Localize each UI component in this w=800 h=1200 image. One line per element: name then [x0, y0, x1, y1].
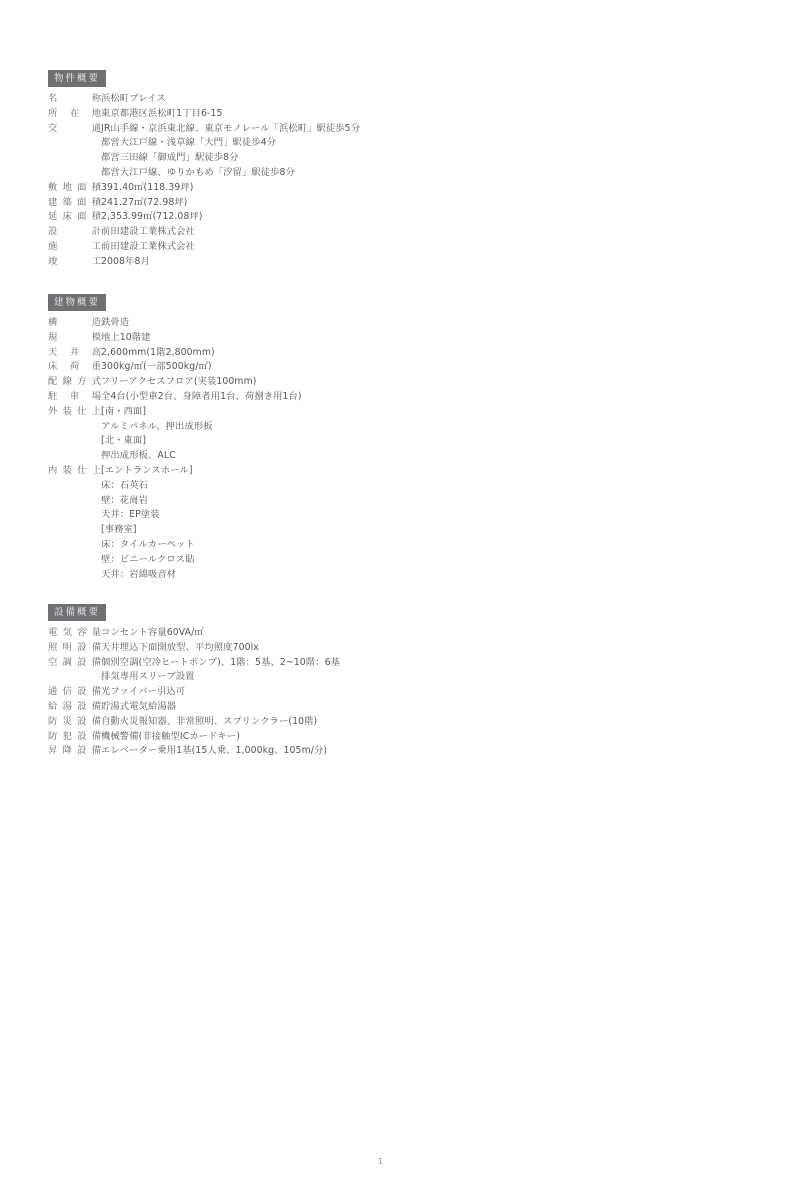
spec-value: 300kg/㎡(一部500kg/㎡) — [101, 360, 212, 375]
spec-row: 給湯設備貯湯式電気給湯器 — [48, 700, 340, 715]
spec-label: 規模 — [48, 331, 101, 346]
section-title: 物件概要 — [48, 70, 106, 87]
spec-row: 規模地上10階建 — [48, 331, 302, 346]
spec-label-char: 所 — [48, 107, 57, 122]
spec-label-char: 昇 — [48, 744, 57, 759]
spec-label-char: 災 — [63, 715, 72, 730]
spec-label-char: 明 — [63, 641, 72, 656]
spec-label: 配線方式 — [48, 375, 101, 390]
spec-value: 地上10階建 — [101, 331, 151, 346]
spec-row: 昇降設備エレベーター乗用1基(15人乗、1,000kg、105m/分) — [48, 744, 340, 759]
spec-value: 前田建設工業株式会社 — [101, 225, 195, 240]
spec-row: [北・東面] — [48, 434, 302, 449]
spec-label-char: 車 — [70, 390, 79, 405]
spec-value: 天井：EP塗装 — [101, 508, 160, 523]
spec-label-char: 仕 — [77, 405, 86, 420]
spec-label: 昇降設備 — [48, 744, 101, 759]
spec-label-char: 信 — [63, 685, 72, 700]
spec-label-char: 荷 — [70, 360, 79, 375]
spec-label — [48, 523, 101, 538]
spec-label-char: 仕 — [77, 464, 86, 479]
spec-label-char: 積 — [92, 196, 101, 211]
section-title: 設備概要 — [48, 604, 106, 621]
spec-label-char: 模 — [92, 331, 101, 346]
spec-row: 排気専用スリーブ設置 — [48, 670, 340, 685]
spec-row: 通信設備光ファイバー引込可 — [48, 685, 340, 700]
spec-row: 床：石英石 — [48, 479, 302, 494]
section-building-overview: 建物概要構造鉄骨造規模地上10階建天井高2,600mm(1階2,800mm)床荷… — [48, 290, 302, 582]
spec-value: 391.40㎡(118.39坪) — [101, 181, 194, 196]
spec-label-char: 備 — [92, 656, 101, 671]
spec-value: コンセント容量60VA/㎡ — [101, 626, 204, 641]
spec-label-char: 設 — [48, 225, 57, 240]
spec-value: 機械警備(非接触型ICカードキー) — [101, 730, 240, 745]
spec-label-char: 交 — [48, 122, 57, 137]
spec-row: 構造鉄骨造 — [48, 316, 302, 331]
spec-label-char: 設 — [77, 730, 86, 745]
spec-label — [48, 434, 101, 449]
spec-row: 外装仕上[南・西面] — [48, 405, 302, 420]
spec-label — [48, 508, 101, 523]
spec-label-char: 通 — [48, 685, 57, 700]
spec-label-char: 装 — [63, 464, 72, 479]
spec-label-char: 給 — [48, 700, 57, 715]
spec-label-char: 設 — [77, 641, 86, 656]
spec-value: 都営三田線「御成門」駅徒歩8分 — [101, 151, 239, 166]
spec-label: 床荷重 — [48, 360, 101, 375]
spec-row: 敷地面積391.40㎡(118.39坪) — [48, 181, 360, 196]
spec-label-char: 工 — [92, 240, 101, 255]
spec-label-char: 線 — [63, 375, 72, 390]
spec-label-char: 駐 — [48, 390, 57, 405]
spec-label-char: 備 — [92, 744, 101, 759]
spec-label-char: 電 — [48, 626, 57, 641]
spec-label-char: 施 — [48, 240, 57, 255]
spec-label-char: 規 — [48, 331, 57, 346]
spec-label-char: 照 — [48, 641, 57, 656]
spec-row: 天井高2,600mm(1階2,800mm) — [48, 346, 302, 361]
spec-label-char: 築 — [63, 196, 72, 211]
spec-row: 名称浜松町プレイス — [48, 92, 360, 107]
spec-label-char: 面 — [77, 196, 86, 211]
spec-label: 設計 — [48, 225, 101, 240]
spec-label-char: 延 — [48, 210, 57, 225]
spec-label-char: 備 — [92, 700, 101, 715]
spec-value: [エントランスホール] — [101, 464, 193, 479]
spec-label: 竣工 — [48, 255, 101, 270]
spec-row: 防犯設備機械警備(非接触型ICカードキー) — [48, 730, 340, 745]
spec-label-char: 降 — [63, 744, 72, 759]
spec-value: [北・東面] — [101, 434, 146, 449]
spec-label-char: 気 — [63, 626, 72, 641]
page-number: 1 — [378, 1157, 383, 1166]
spec-label-char: 設 — [77, 744, 86, 759]
spec-row: 防災設備自動火災報知器、非常照明、スプリンクラー(10階) — [48, 715, 340, 730]
spec-label-char: 設 — [77, 685, 86, 700]
spec-label-char: 場 — [92, 390, 101, 405]
spec-label — [48, 670, 101, 685]
spec-label-char: 備 — [92, 730, 101, 745]
spec-label — [48, 151, 101, 166]
spec-value: 壁：花崗岩 — [101, 494, 148, 509]
spec-row: 床荷重300kg/㎡(一部500kg/㎡) — [48, 360, 302, 375]
spec-label: 給湯設備 — [48, 700, 101, 715]
spec-label-char: 造 — [92, 316, 101, 331]
spec-row: 延床面積2,353.99㎡(712.08坪) — [48, 210, 360, 225]
spec-label-char: 建 — [48, 196, 57, 211]
spec-label: 延床面積 — [48, 210, 101, 225]
spec-value: アルミパネル、押出成形板 — [101, 420, 213, 435]
spec-label — [48, 553, 101, 568]
section-equipment-overview: 設備概要電気容量コンセント容量60VA/㎡照明設備天井埋込下面開放型、平均照度7… — [48, 600, 340, 759]
section-title: 建物概要 — [48, 294, 106, 311]
spec-value: 壁：ビニールクロス貼 — [101, 553, 195, 568]
spec-row: 照明設備天井埋込下面開放型、平均照度700lx — [48, 641, 340, 656]
spec-label-char: 称 — [92, 92, 101, 107]
spec-label-char: 外 — [48, 405, 57, 420]
spec-label: 施工 — [48, 240, 101, 255]
spec-label-char: 空 — [48, 656, 57, 671]
spec-label-char: 在 — [70, 107, 79, 122]
spec-label: 構造 — [48, 316, 101, 331]
spec-value: 2,600mm(1階2,800mm) — [101, 346, 215, 361]
spec-label-char: 構 — [48, 316, 57, 331]
spec-label — [48, 449, 101, 464]
spec-row: [事務室] — [48, 523, 302, 538]
spec-label-char: 犯 — [63, 730, 72, 745]
spec-label-char: 方 — [77, 375, 86, 390]
spec-value: 床：石英石 — [101, 479, 148, 494]
spec-value: 前田建設工業株式会社 — [101, 240, 195, 255]
spec-label-char: 上 — [92, 464, 101, 479]
spec-label-char: 容 — [77, 626, 86, 641]
spec-label-char: 面 — [77, 181, 86, 196]
spec-label — [48, 166, 101, 181]
spec-label: 防犯設備 — [48, 730, 101, 745]
spec-row: 所在地東京都港区浜松町1丁目6-15 — [48, 107, 360, 122]
spec-row: 竣工2008年8月 — [48, 255, 360, 270]
spec-label-char: 備 — [92, 715, 101, 730]
spec-row: 電気容量コンセント容量60VA/㎡ — [48, 626, 340, 641]
spec-label-char: 床 — [63, 210, 72, 225]
spec-label: 照明設備 — [48, 641, 101, 656]
spec-row: 都営大江戸線・浅草線「大門」駅徒歩4分 — [48, 136, 360, 151]
spec-label-char: 量 — [92, 626, 101, 641]
spec-label-char: 面 — [77, 210, 86, 225]
spec-label-char: 備 — [92, 685, 101, 700]
spec-value: 床：タイルカーペット — [101, 538, 195, 553]
spec-value: [事務室] — [101, 523, 137, 538]
spec-value: 天井：岩綿吸音材 — [101, 568, 176, 583]
spec-label-char: 設 — [77, 700, 86, 715]
spec-label: 内装仕上 — [48, 464, 101, 479]
spec-label-char: 工 — [92, 255, 101, 270]
spec-value: 都営大江戸線、ゆりかもめ「汐留」駅徒歩8分 — [101, 166, 295, 181]
spec-label-char: 備 — [92, 641, 101, 656]
spec-label-char: 積 — [92, 210, 101, 225]
spec-label-char: 配 — [48, 375, 57, 390]
spec-label: 敷地面積 — [48, 181, 101, 196]
spec-label-char: 設 — [77, 715, 86, 730]
spec-row: 都営三田線「御成門」駅徒歩8分 — [48, 151, 360, 166]
spec-label: 防災設備 — [48, 715, 101, 730]
spec-label: 空調設備 — [48, 656, 101, 671]
spec-value: 全4台(小型車2台、身障者用1台、荷捌き用1台) — [101, 390, 302, 405]
spec-label-char: 名 — [48, 92, 57, 107]
spec-label-char: 重 — [92, 360, 101, 375]
spec-label-char: 湯 — [63, 700, 72, 715]
spec-value: 個別空調(空冷ヒートポンプ)、1階：5基、2~10階：6基 — [101, 656, 340, 671]
spec-row: 床：タイルカーペット — [48, 538, 302, 553]
spec-row: 天井：岩綿吸音材 — [48, 568, 302, 583]
spec-label-char: 内 — [48, 464, 57, 479]
spec-value: 自動火災報知器、非常照明、スプリンクラー(10階) — [101, 715, 317, 730]
spec-row: 交通JR山手線・京浜東北線、東京モノレール「浜松町」駅徒歩5分 — [48, 122, 360, 137]
spec-value: 光ファイバー引込可 — [101, 685, 185, 700]
spec-value: エレベーター乗用1基(15人乗、1,000kg、105m/分) — [101, 744, 327, 759]
spec-label-char: 防 — [48, 730, 57, 745]
spec-row: 天井：EP塗装 — [48, 508, 302, 523]
spec-value: フリーアクセスフロア(実装100mm) — [101, 375, 256, 390]
spec-label: 所在地 — [48, 107, 101, 122]
spec-row: 駐車場全4台(小型車2台、身障者用1台、荷捌き用1台) — [48, 390, 302, 405]
spec-value: 押出成形板、ALC — [101, 449, 176, 464]
spec-row: 空調設備個別空調(空冷ヒートポンプ)、1階：5基、2~10階：6基 — [48, 656, 340, 671]
spec-value: 浜松町プレイス — [101, 92, 166, 107]
spec-label-char: 高 — [92, 346, 101, 361]
spec-label: 天井高 — [48, 346, 101, 361]
spec-label-char: 装 — [63, 405, 72, 420]
spec-label-char: 地 — [63, 181, 72, 196]
spec-label: 建築面積 — [48, 196, 101, 211]
spec-label: 電気容量 — [48, 626, 101, 641]
spec-value: 241.27㎡(72.98坪) — [101, 196, 188, 211]
spec-row: 建築面積241.27㎡(72.98坪) — [48, 196, 360, 211]
spec-label-char: 計 — [92, 225, 101, 240]
spec-label-char: 通 — [92, 122, 101, 137]
spec-label — [48, 420, 101, 435]
spec-row: 配線方式フリーアクセスフロア(実装100mm) — [48, 375, 302, 390]
spec-label: 通信設備 — [48, 685, 101, 700]
spec-row: 施工前田建設工業株式会社 — [48, 240, 360, 255]
spec-label: 駐車場 — [48, 390, 101, 405]
spec-value: 東京都港区浜松町1丁目6-15 — [101, 107, 222, 122]
spec-label-char: 床 — [48, 360, 57, 375]
spec-label-char: 設 — [77, 656, 86, 671]
spec-label-char: 竣 — [48, 255, 57, 270]
spec-label: 外装仕上 — [48, 405, 101, 420]
spec-label-char: 天 — [48, 346, 57, 361]
spec-value: 排気専用スリーブ設置 — [101, 670, 195, 685]
spec-label — [48, 136, 101, 151]
spec-label-char: 地 — [92, 107, 101, 122]
spec-label — [48, 494, 101, 509]
spec-row: アルミパネル、押出成形板 — [48, 420, 302, 435]
spec-label — [48, 568, 101, 583]
spec-value: 都営大江戸線・浅草線「大門」駅徒歩4分 — [101, 136, 276, 151]
spec-value: 鉄骨造 — [101, 316, 129, 331]
spec-label-char: 井 — [70, 346, 79, 361]
spec-value: 天井埋込下面開放型、平均照度700lx — [101, 641, 259, 656]
spec-label-char: 式 — [92, 375, 101, 390]
spec-value: 2,353.99㎡(712.08坪) — [101, 210, 203, 225]
spec-label: 交通 — [48, 122, 101, 137]
spec-row: 内装仕上[エントランスホール] — [48, 464, 302, 479]
spec-label-char: 敷 — [48, 181, 57, 196]
spec-label — [48, 538, 101, 553]
spec-value: [南・西面] — [101, 405, 146, 420]
spec-label-char: 防 — [48, 715, 57, 730]
spec-value: JR山手線・京浜東北線、東京モノレール「浜松町」駅徒歩5分 — [101, 122, 360, 137]
spec-row: 壁：ビニールクロス貼 — [48, 553, 302, 568]
spec-row: 押出成形板、ALC — [48, 449, 302, 464]
spec-label-char: 上 — [92, 405, 101, 420]
spec-row: 設計前田建設工業株式会社 — [48, 225, 360, 240]
spec-value: 貯湯式電気給湯器 — [101, 700, 176, 715]
spec-label-char: 調 — [63, 656, 72, 671]
spec-label — [48, 479, 101, 494]
spec-row: 壁：花崗岩 — [48, 494, 302, 509]
spec-label-char: 積 — [92, 181, 101, 196]
spec-row: 都営大江戸線、ゆりかもめ「汐留」駅徒歩8分 — [48, 166, 360, 181]
section-property-overview: 物件概要名称浜松町プレイス所在地東京都港区浜松町1丁目6-15交通JR山手線・京… — [48, 66, 360, 270]
spec-value: 2008年8月 — [101, 255, 150, 270]
spec-label: 名称 — [48, 92, 101, 107]
